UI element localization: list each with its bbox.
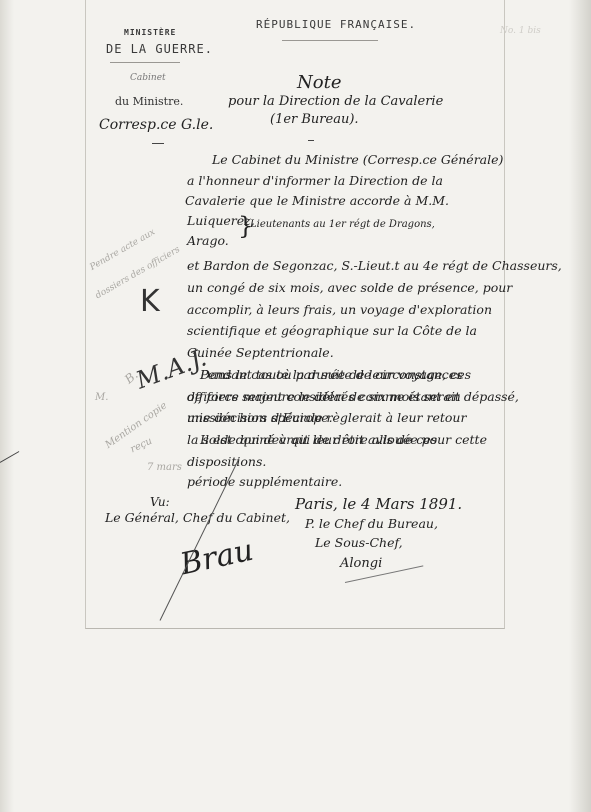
republic-header: RÉPUBLIQUE FRANÇAISE. [256,18,416,31]
body-line: accomplir, à leurs frais, un voyage d'ex… [187,302,492,317]
signature-title-line2: Le Sous-Chef, [315,535,403,550]
correspondence-label: Corresp.ce G.le. [99,117,213,133]
body-line: et Bardon de Segonzac, S.-Lieut.t au 4e … [187,258,562,273]
body-line: a l'honneur d'informer la Direction de l… [187,173,443,188]
body-line: période supplémentaire. [187,474,342,489]
general-title: Le Général, Chef du Cabinet, [105,510,290,525]
letterhead-rule-left [110,62,180,63]
note-title: Note [297,72,341,93]
letterhead-rule-center [282,40,378,41]
body-line: dispositions. [187,454,266,469]
archive-reference: No. 1 bis [500,26,541,36]
officer-rank: Lieutenants au 1er régt de Dragons, [250,219,435,230]
note-bureau: (1er Bureau). [270,112,359,127]
note-recipient: pour la Direction de la Cavalerie [228,94,443,109]
body-line: un congé de six mois, avec solde de prés… [187,280,512,295]
body-line: Pendant toute la durée de leur voyage, c… [200,367,471,382]
margin-mark-k: K [140,284,160,319]
officer-name: Arago. [187,233,229,248]
body-line: Guinée Septentrionale. [187,345,334,360]
body-line: Il est donné à qui de droit avis de ces [200,432,437,447]
ministry-label: MINISTÈRE [124,28,176,37]
signature-title-line1: P. le Chef du Bureau, [305,516,438,531]
cabinet-label: Cabinet [130,73,166,83]
ministry-name: DE LA GUERRE. [106,42,213,56]
body-line: officiers seront considérés comme étant … [187,389,461,404]
body-line: Cavalerie que le Ministre accorde à M.M. [185,193,449,208]
vu-label: Vu: [150,495,170,509]
dash-mark-center [308,140,314,141]
du-ministre-label: du Ministre. [115,95,183,108]
body-line: Le Cabinet du Ministre (Corresp.ce Génér… [212,152,503,167]
date-line: Paris, le 4 Mars 1891. [295,495,462,513]
body-line: scientifique et géographique sur la Côte… [187,323,477,338]
dash-mark [152,143,164,144]
margin-note: 7 mars [147,462,182,473]
signature-sous-chef: Alongi [340,556,382,571]
margin-note: M. [95,392,108,403]
body-line: mission hors d'Europe. [187,410,333,425]
